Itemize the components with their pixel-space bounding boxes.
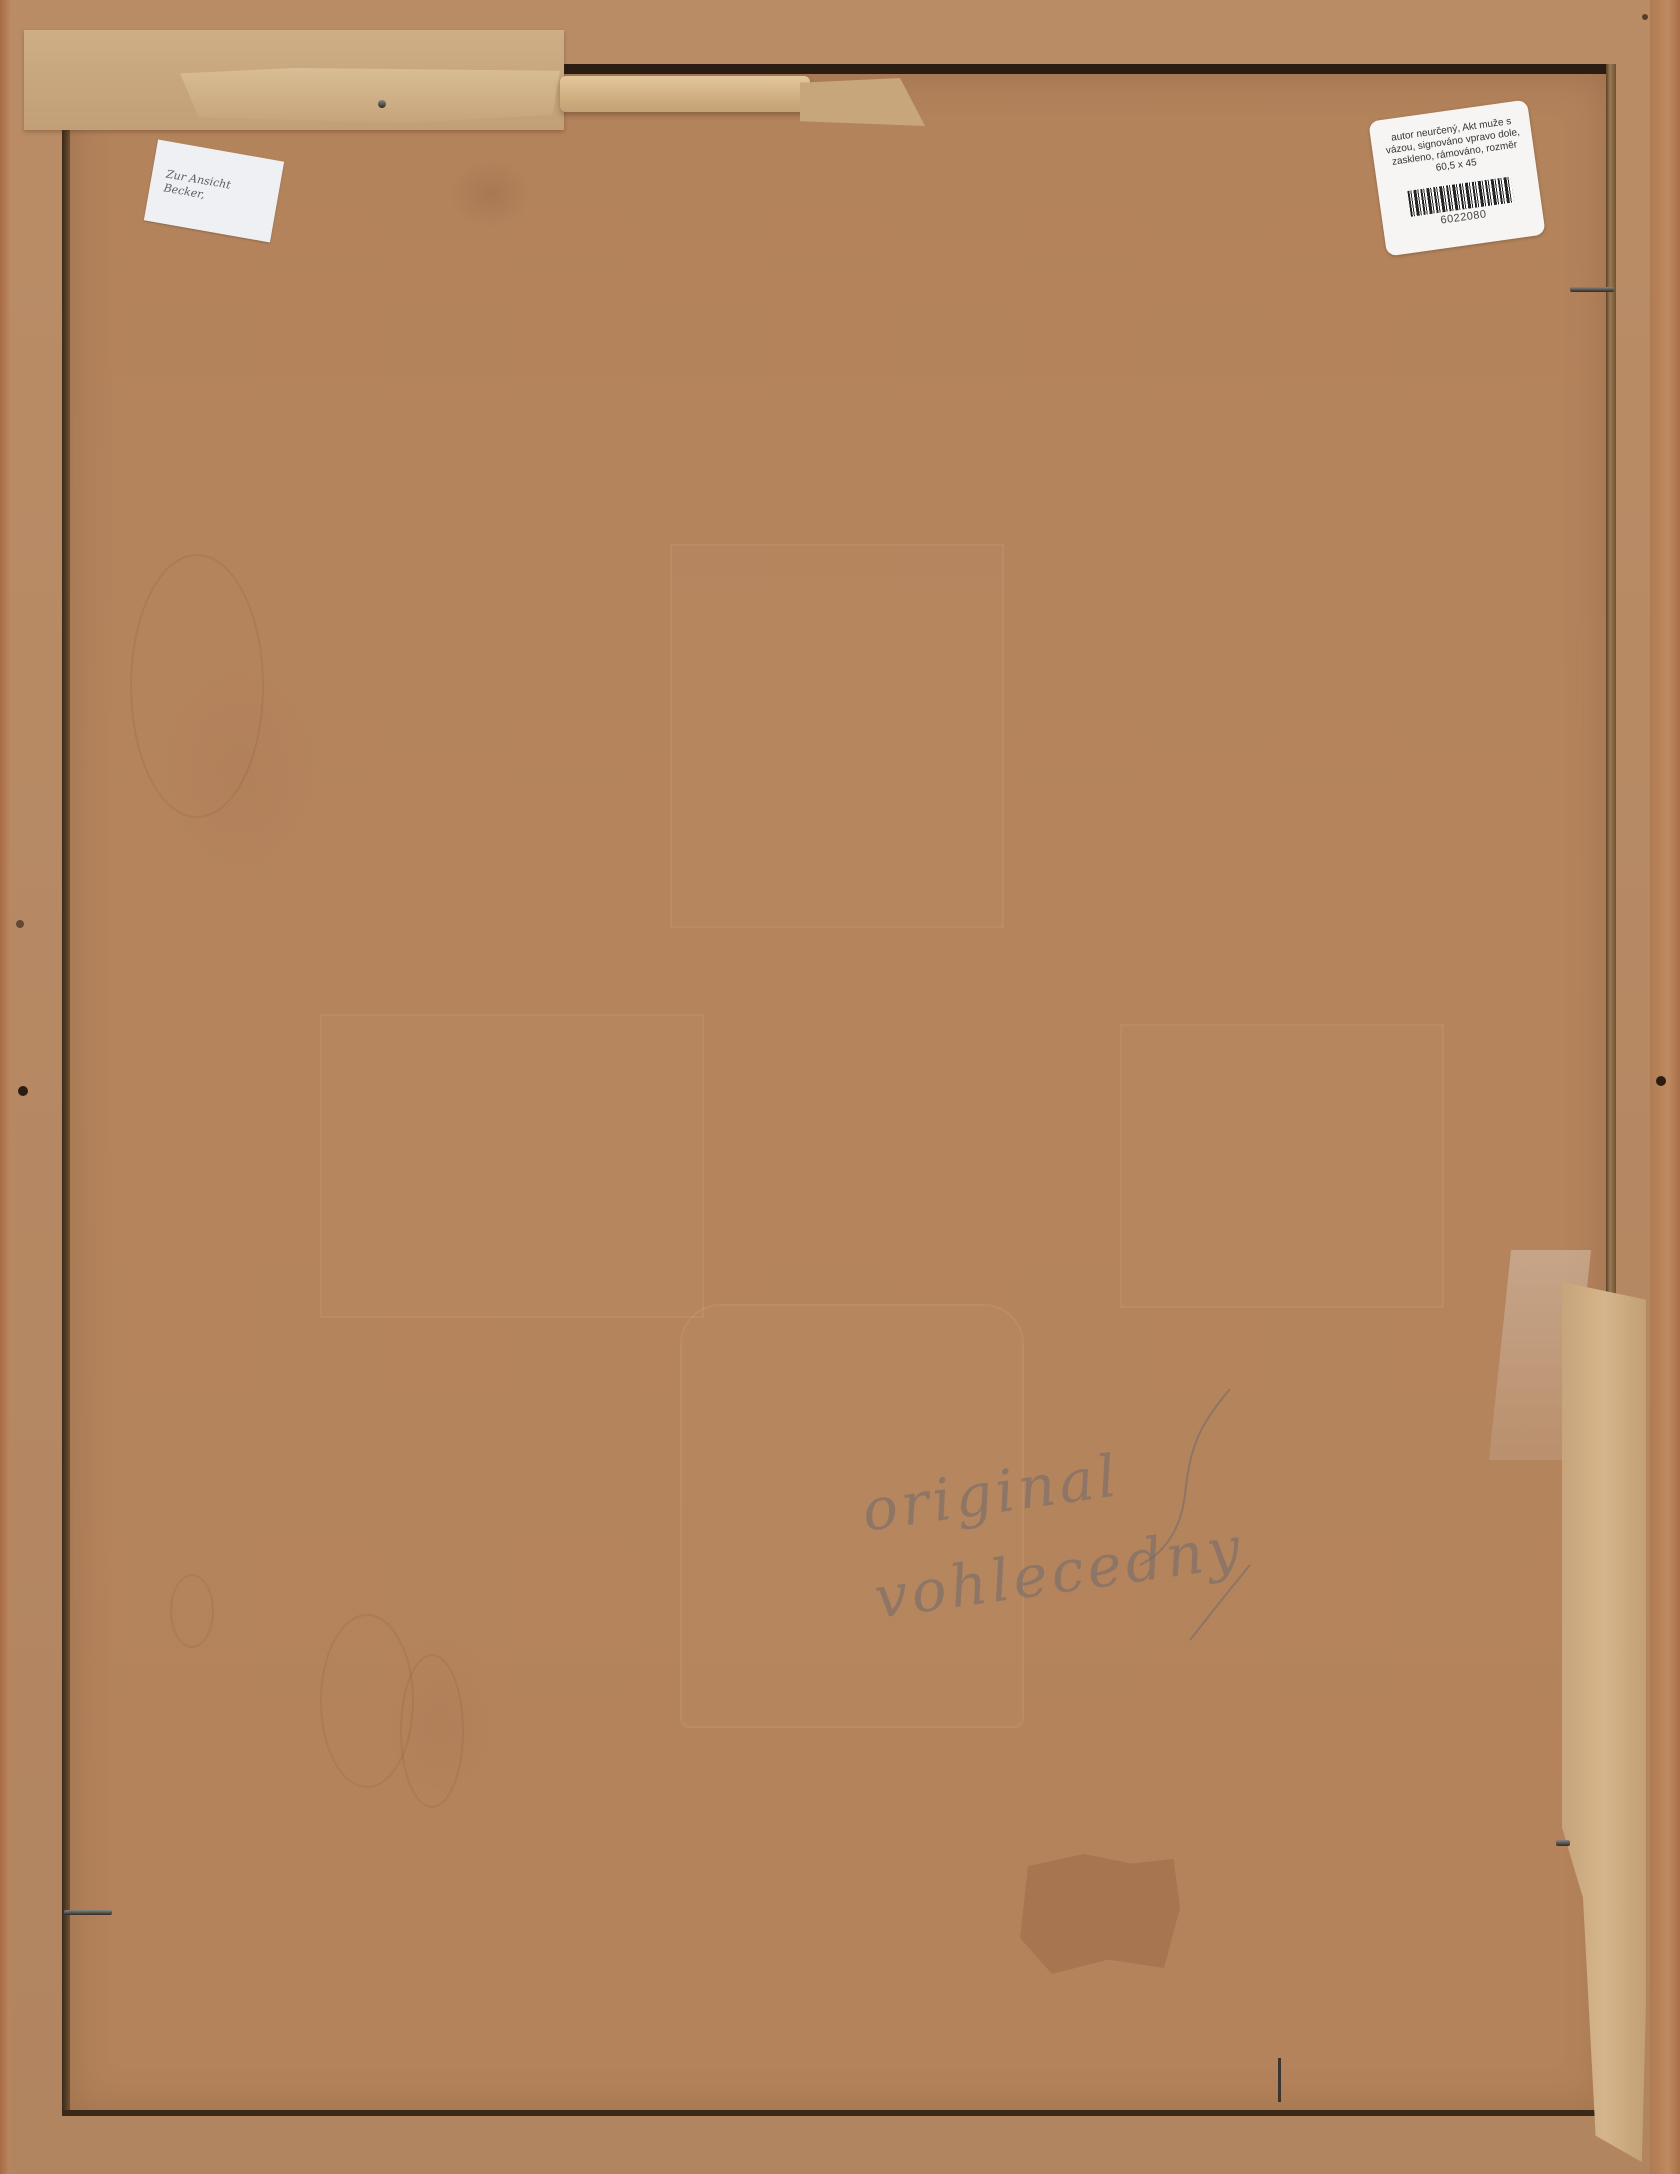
backing-board [70,74,1606,2110]
frame-hole [18,1086,28,1096]
frame-groove-left [62,64,70,2110]
nail-icon [64,1910,112,1915]
glossy-tape-top [560,76,810,112]
scraped-patch [1020,1854,1180,1974]
water-stain [130,554,264,818]
torn-tape-top [180,68,560,123]
nail-icon [1570,287,1614,292]
frame-edge-right [1650,0,1680,2174]
water-stain [400,1654,464,1808]
nail-icon [378,100,386,108]
frame-hole [1642,14,1648,20]
nail-icon [1556,1840,1570,1846]
water-stain [320,1614,414,1788]
label-description: autor neurčený, Akt muže s vázou, signov… [1380,115,1527,182]
frame-groove-right [1606,64,1616,1314]
printed-label: autor neurčený, Akt muže s vázou, signov… [1368,100,1545,257]
frame-groove-bottom [62,2110,1614,2116]
ghost-rectangle [1120,1024,1444,1308]
frame-hole [1656,1076,1666,1086]
pencil-flourish-icon [1130,1385,1260,1645]
frame-hole [16,920,24,928]
ghost-rectangle [320,1014,704,1318]
ghost-rectangle [670,544,1004,928]
nail-icon [1278,2058,1281,2102]
frame-edge-left [0,0,10,2174]
water-stain [170,1574,214,1648]
